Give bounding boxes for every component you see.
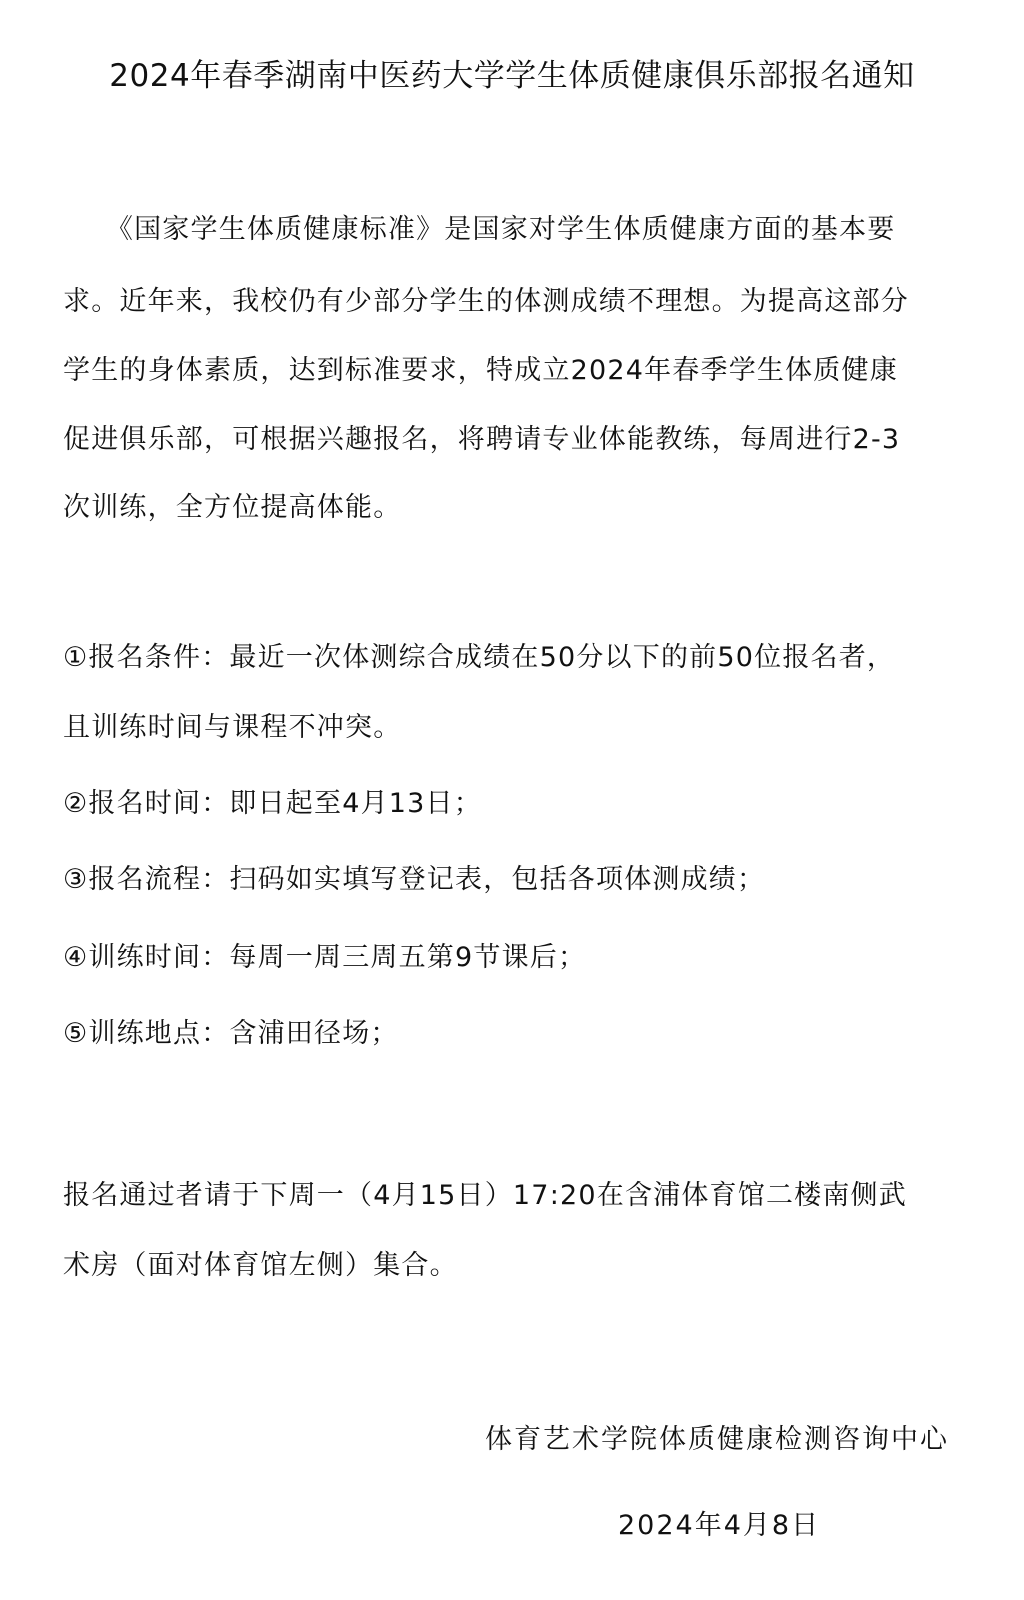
document-title: 2024年春季湖南中医药大学学生体质健康俱乐部报名通知 xyxy=(0,54,1024,98)
signature-date: 2024年4月8日 xyxy=(618,1508,820,1544)
item-registration-condition-cont: 且训练时间与课程不冲突。 xyxy=(63,710,401,746)
item-registration-condition: ①报名条件：最近一次体测综合成绩在50分以下的前50位报名者， xyxy=(63,640,895,676)
intro-line: 《国家学生体质健康标准》是国家对学生体质健康方面的基本要 xyxy=(63,212,896,248)
item-registration-time: ②报名时间：即日起至4月13日； xyxy=(63,786,482,822)
item-registration-process: ③报名流程：扫码如实填写登记表，包括各项体测成绩； xyxy=(63,862,765,898)
intro-line: 学生的身体素质，达到标准要求，特成立2024年春季学生体质健康 xyxy=(63,353,898,389)
intro-line: 求。近年来，我校仍有少部分学生的体测成绩不理想。为提高这部分 xyxy=(63,284,909,320)
signature-organization: 体育艺术学院体质健康检测咨询中心 xyxy=(485,1422,949,1458)
intro-line: 促进俱乐部，可根据兴趣报名，将聘请专业体能教练，每周进行2-3 xyxy=(63,422,900,458)
closing-line: 术房（面对体育馆左侧）集合。 xyxy=(63,1248,458,1284)
intro-line: 次训练，全方位提高体能。 xyxy=(63,490,401,526)
item-training-time: ④训练时间：每周一周三周五第9节课后； xyxy=(63,940,586,976)
closing-line: 报名通过者请于下周一（4月15日）17:20在含浦体育馆二楼南侧武 xyxy=(63,1178,907,1214)
item-training-location: ⑤训练地点：含浦田径场； xyxy=(63,1016,399,1052)
